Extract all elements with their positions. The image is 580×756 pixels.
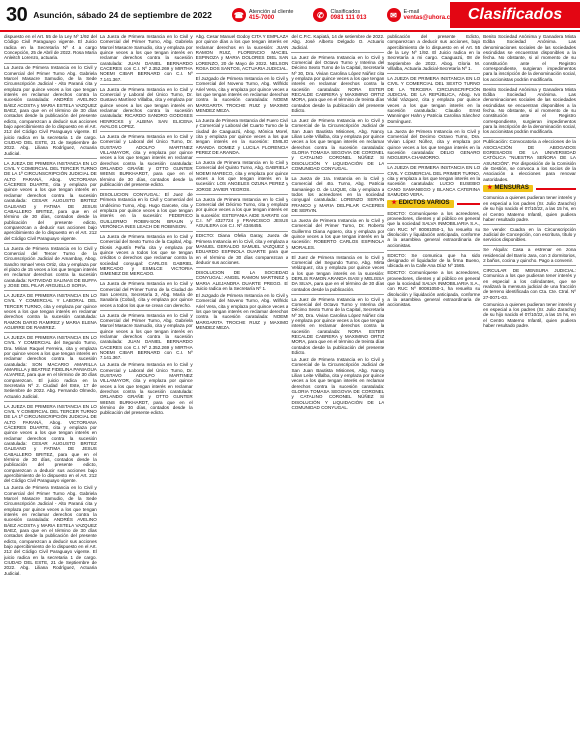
email-icon: ✉ <box>387 8 401 22</box>
divider <box>387 73 480 74</box>
notice: La Juez de Primera Instancia en lo Civil… <box>291 118 384 171</box>
notice: dispuesto en el Art. 55 de la Ley Nº 1/9… <box>4 34 97 61</box>
divider <box>100 279 193 280</box>
notice: La Jueza de Primera Instancia en lo Civi… <box>196 160 289 192</box>
notice: La Jueza de Primera Instancia en lo Civi… <box>100 34 193 82</box>
classifieds-columns: dispuesto en el Art. 55 de la Ley Nº 1/9… <box>4 34 576 748</box>
notice: Abg. Cesar Manuel Godoy CITA Y EMPLAZA p… <box>196 34 289 71</box>
divider <box>483 84 576 85</box>
column-5: publicación del presente Edicto, compare… <box>387 34 480 748</box>
notice: El Juzgado de Primera Instancia en lo Ci… <box>196 76 289 113</box>
divider <box>196 157 289 158</box>
whatsapp-icon: ✆ <box>313 8 327 22</box>
notice: La Juez de Primera Instancia en lo Civil… <box>291 55 384 114</box>
divider <box>483 137 576 138</box>
page-number: 30 <box>0 4 27 27</box>
notice: La Juez de Primera Instancia en lo Civil… <box>291 357 384 410</box>
notice: Comunica a quienes pudieran tener interé… <box>483 195 576 222</box>
section-label-text: MENSURAS <box>495 186 529 191</box>
section-bar <box>457 203 481 205</box>
divider <box>100 231 193 232</box>
section-header-edictos-varios: ★EDICTOS VARIOS <box>387 200 480 207</box>
notice: EDICTO: Comuníquese a los acreedores, pr… <box>387 211 480 248</box>
contact-phone-value[interactable]: 415-7000 <box>249 15 274 21</box>
divider <box>483 265 576 266</box>
column-3: Abg. Cesar Manuel Godoy CITA Y EMPLAZA p… <box>196 34 289 748</box>
notice: CIRCULAR DE MENSURA JUDICIAL: Comunica a… <box>483 268 576 300</box>
notice: LA JUEZA DE PRIMERA INSTANCIA EN LO CIVI… <box>387 165 480 197</box>
notice: La Jueza de Primera Instancia en lo Civi… <box>387 129 480 161</box>
divider <box>4 332 97 333</box>
divider <box>291 173 384 174</box>
contact-phone: ☎ Atención al cliente415-7000 <box>232 8 294 22</box>
divider <box>196 267 289 268</box>
divider <box>4 63 97 64</box>
contact-whatsapp-value[interactable]: 0981 111 013 <box>330 15 366 21</box>
divider <box>4 243 97 244</box>
notice: Se Alquila: Casa a estrenar en zona resi… <box>483 247 576 263</box>
notice: La Juez de Primera Instancia en lo Civil… <box>291 297 384 356</box>
phone-icon: ☎ <box>232 8 246 22</box>
notice: La Jueza de Primera Instancia en lo Civi… <box>4 65 97 156</box>
notice: La Jueza de Primera Instancia en lo Civi… <box>100 87 193 130</box>
notice: La Jueza de Primera Instancia en lo Civi… <box>100 134 193 187</box>
divider <box>291 52 384 53</box>
notice: El Juzgado de Primera Instancia en lo Ci… <box>196 293 289 330</box>
notice: La Jueza de Primera Instancia en lo Civi… <box>291 218 384 250</box>
section-label: ★MENSURAS <box>483 185 533 192</box>
divider <box>387 163 480 164</box>
notice: LA JUEZA DE PRIMERA INSTANCIA EN LO CIVI… <box>4 335 97 399</box>
notice: La Jueza de Primera Instancia en lo Civi… <box>196 197 289 229</box>
notice: Se vende: Cuadra en la Circunscripción J… <box>483 227 576 243</box>
notice: LA JUEZA DE PRIMERA INSTANCIA EN LO CIVI… <box>387 76 480 124</box>
divider <box>196 231 289 232</box>
notice: LA JUEZA DE PRIMERA INSTANCIA EN LO CIVI… <box>4 404 97 484</box>
divider <box>291 215 384 216</box>
notice: Benito Sociedad Anónima y Ganadera Mixta… <box>483 87 576 135</box>
section-title-banner: Clasificados <box>450 2 580 28</box>
notice: Publicación: Convocatoria a elecciones d… <box>483 139 576 182</box>
contact-email-label: E-mail <box>404 9 420 15</box>
notice: EDICTO: Comuníquese a los acreedores, pr… <box>387 270 480 307</box>
divider <box>100 131 193 132</box>
divider <box>196 73 289 74</box>
divider <box>100 310 193 311</box>
notice: EDICTO: Diana Ofelia Garay, Jueza de Pri… <box>196 233 289 265</box>
section-label-text: EDICTOS VARIOS <box>399 201 450 206</box>
contact-whatsapp: ✆ Clasificados0981 111 013 <box>313 8 366 22</box>
column-2: La Jueza de Primera Instancia en lo Civi… <box>100 34 193 748</box>
notice: La Jueza de Primera Instancia del Fuero … <box>196 118 289 155</box>
column-6: Benito Sociedad Anónima y Ganadera Mixta… <box>483 34 576 748</box>
notice: LA JUEZA DE PRIMERA INSTANCIA EN LO CIVI… <box>4 293 97 330</box>
divider <box>4 158 97 159</box>
section-bar <box>536 188 576 190</box>
divider <box>4 401 97 402</box>
column-1: dispuesto en el Art. 55 de la Ley Nº 1/9… <box>4 34 97 748</box>
divider <box>100 84 193 85</box>
divider <box>387 126 480 127</box>
notice: publicación del presente Edicto, compare… <box>387 34 480 71</box>
notice: La Jueza de Primera Instancia en lo Civi… <box>100 313 193 361</box>
divider <box>483 224 576 225</box>
section-label: ★EDICTOS VARIOS <box>387 200 453 207</box>
contact-phone-label: Atención al cliente <box>249 9 294 15</box>
divider <box>291 115 384 116</box>
header-divider <box>0 30 580 32</box>
divider <box>291 252 384 253</box>
notice: La Jueza de Primera Instancia en lo Civi… <box>4 246 97 289</box>
notice: La Jueza de Primera Instancia en lo Civi… <box>100 281 193 308</box>
divider <box>4 290 97 291</box>
notice: del C.P.C. Kapiatá, 14 de setiembre de 2… <box>291 34 384 50</box>
edition-date: Asunción, sábado 24 de septiembre de 202… <box>33 10 212 20</box>
notice: La Jueza de Primera Instancia en lo Civi… <box>100 234 193 277</box>
divider <box>387 250 480 251</box>
notice: DISOLUCION CONYUGAL: El Juez de Primera … <box>100 192 193 229</box>
notice: Benito Sociedad Anónima y Ganadera Mixta… <box>483 34 576 82</box>
notice: Comunica a quienes pudieran tener interé… <box>483 302 576 329</box>
divider <box>196 194 289 195</box>
notice: DISOLUCION DE LA SOCIEDAD CONYUGAL: ANGE… <box>196 270 289 291</box>
divider <box>483 245 576 246</box>
notice: La Jueza de Primera Instancia en lo Civi… <box>100 362 193 415</box>
star-icon: ★ <box>391 201 396 206</box>
star-icon: ★ <box>487 186 492 191</box>
notice: La Jueza de Primera Instancia en lo Civi… <box>4 485 97 576</box>
divider <box>291 294 384 295</box>
column-4: del C.P.C. Kapiatá, 14 de setiembre de 2… <box>291 34 384 748</box>
notice: LA JUEZA DE PRIMERA INSTANCIA EN LO CIVI… <box>4 161 97 241</box>
notice: El Juez de Primera Instancia en lo Civil… <box>291 255 384 292</box>
contact-whatsapp-label: Clasificados <box>330 9 360 15</box>
notice: EDICTO: Se comunica que ha sido designad… <box>387 253 480 269</box>
section-header-mensuras: ★MENSURAS <box>483 185 576 192</box>
divider <box>196 115 289 116</box>
divider <box>100 189 193 190</box>
notice: La Jueza de 1ra. Instancia en lo Civil y… <box>291 176 384 213</box>
